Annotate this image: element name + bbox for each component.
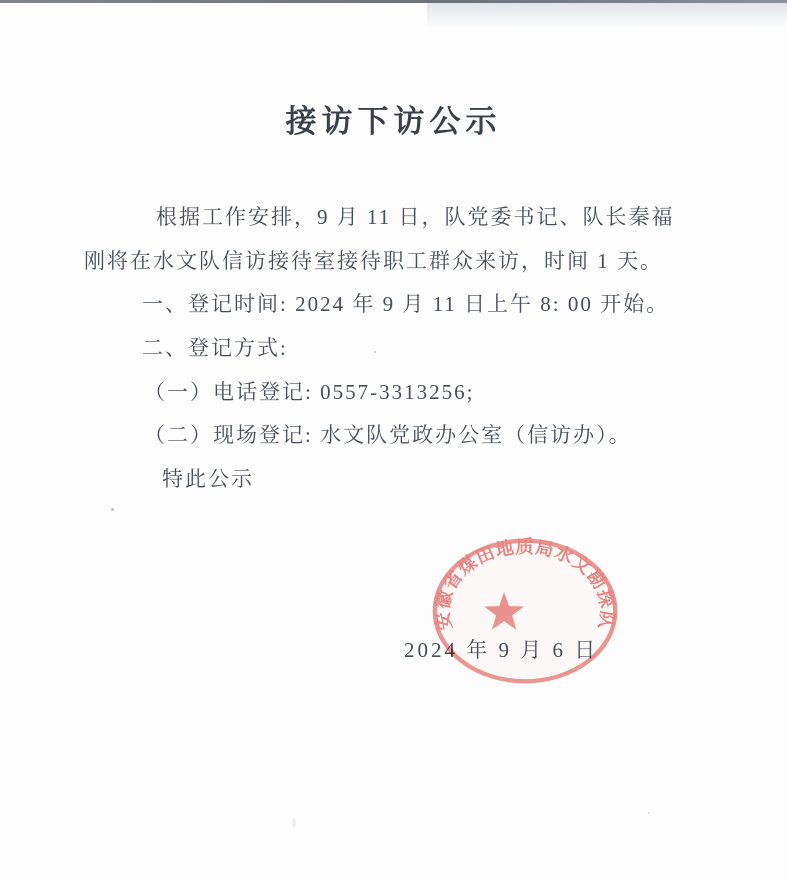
scan-speck [374, 351, 376, 353]
document-body: 根据工作安排，9 月 11 日，队党委书记、队长秦福 刚将在水文队信访接待室接待… [84, 196, 744, 502]
body-line: 二、登记方式: [142, 327, 744, 371]
page-title: 接访下访公示 [0, 96, 787, 141]
body-line: 特此公示 [162, 458, 744, 502]
body-line: 根据工作安排，9 月 11 日，队党委书记、队长秦福 [156, 196, 744, 240]
official-seal: 安徽省煤田地质局水文勘探队 [428, 535, 622, 687]
body-line: （一）电话登记: 0557-3313256; [144, 371, 744, 415]
body-line: （二）现场登记: 水文队党政办公室（信访办）。 [144, 414, 744, 458]
scan-speck [292, 818, 296, 828]
body-line: 一、登记时间: 2024 年 9 月 11 日上午 8: 00 开始。 [142, 283, 744, 327]
scan-speck [648, 812, 650, 814]
scan-speck [111, 508, 114, 511]
body-line: 刚将在水文队信访接待室接待职工群众来访，时间 1 天。 [84, 240, 744, 284]
scan-haze [427, 3, 787, 29]
